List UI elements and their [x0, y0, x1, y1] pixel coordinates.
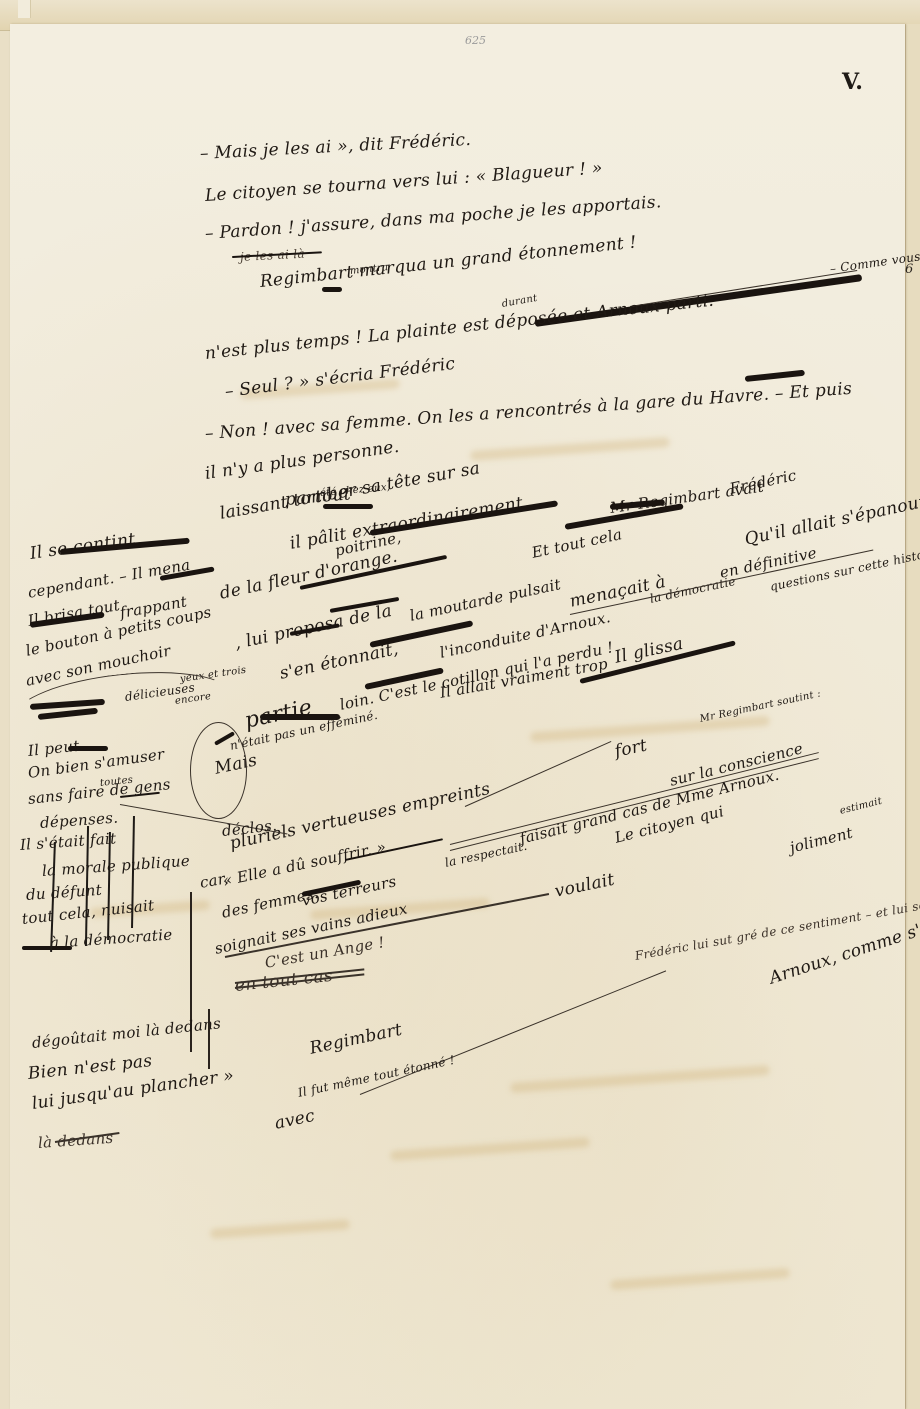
text-line: la moutarde pulsait: [408, 575, 562, 625]
insertion: estimait: [839, 796, 884, 817]
connector-loop: [190, 722, 247, 819]
margin-note: du défunt: [25, 881, 102, 904]
chapter-mark: V.: [842, 69, 863, 95]
strikethrough: [322, 287, 342, 292]
text-line: Qu'il allait s'épanouir: [743, 490, 920, 549]
text-line: fort: [613, 735, 649, 761]
text-line: Le citoyen se tourna vers lui : « Blague…: [204, 158, 603, 206]
strikethrough: [68, 746, 108, 751]
text-line: Regimbart marqua un grand étonnement !: [259, 232, 638, 291]
ink-stain: [610, 1268, 790, 1291]
ink-stain: [390, 1137, 590, 1161]
insertion: Il fut même tout étonné !: [297, 1053, 457, 1100]
text-line: voulait: [553, 870, 617, 902]
vertical-mark: [107, 832, 111, 940]
text-line: – Mais je les ai », dit Frédéric.: [199, 130, 471, 164]
text-line: avec: [273, 1106, 317, 1134]
struck-margin-note: là dedans: [37, 1129, 114, 1152]
text-line: Et tout cela: [530, 525, 624, 562]
edge-number: 6: [905, 262, 913, 277]
ink-stain: [210, 1219, 350, 1239]
ink-stain: [530, 716, 770, 743]
text-line: s'en étonnait,: [278, 639, 400, 684]
strikethrough: [22, 946, 72, 950]
page-edge: [905, 24, 920, 1409]
backing-tab: [18, 0, 31, 18]
text-line: n'est plus temps ! La plainte est déposé…: [204, 291, 715, 364]
bracket: [208, 1009, 210, 1069]
text-line: Regimbart: [308, 1020, 404, 1059]
strikethrough: [745, 370, 805, 382]
margin-note: dégoûtait moi là dedans: [31, 1014, 222, 1052]
insertion: durant: [501, 293, 538, 310]
text-line: de la fleur d'orange.: [218, 547, 399, 604]
manuscript-page: 625 V. – Mais je les ai », dit Frédéric.…: [10, 24, 905, 1409]
margin-note: Il s'était fait: [19, 829, 117, 854]
margin-note: dépenses.: [39, 809, 118, 832]
insertion-line: [465, 741, 612, 807]
margin-note: la morale publique: [41, 852, 190, 880]
ink-stain: [510, 1065, 770, 1093]
ink-stain: [470, 437, 670, 461]
strikethrough: [323, 504, 373, 509]
folio-number: 625: [465, 34, 486, 47]
text-line: – Seul ? » s'écria Frédéric: [224, 354, 457, 402]
text-line: joliment: [788, 824, 855, 857]
